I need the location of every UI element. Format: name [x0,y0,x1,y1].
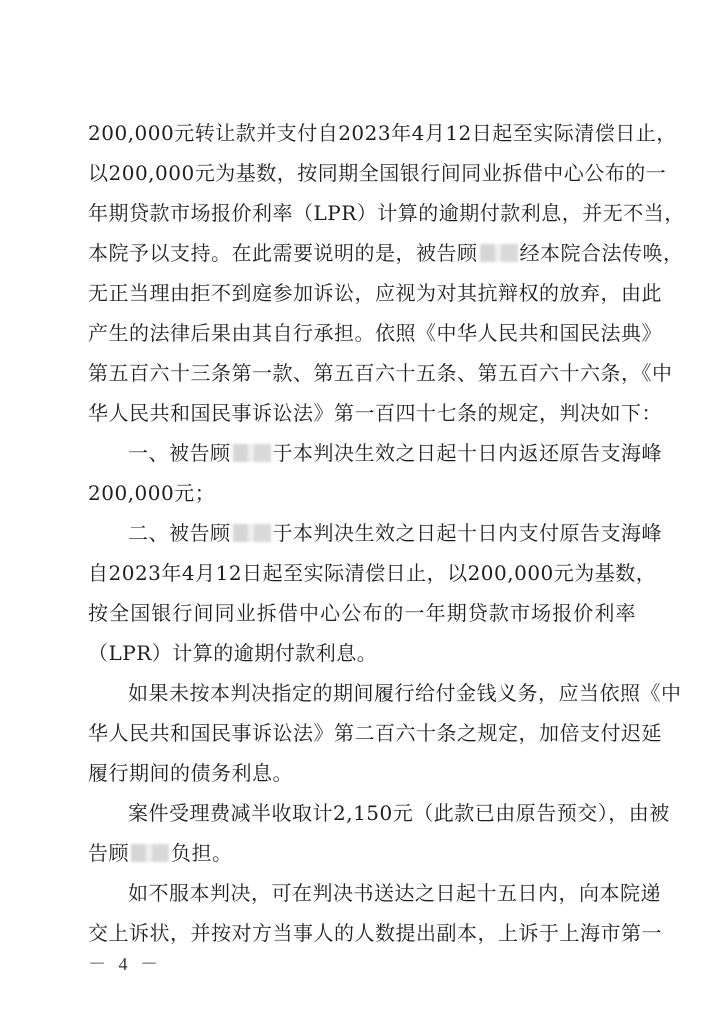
text: 一、被告顾 [128,441,231,465]
text-line: 按全国银行间同业拆借中心公布的一年期贷款市场报价利率 [88,593,636,633]
text: 无正当理由拒不到庭参加诉讼，应视为对其抗辩权的放弃，由此 [88,281,662,305]
text: 如果未按本判决指定的期间履行给付金钱义务，应当依照《中 [128,681,682,705]
text-line: 一、被告顾于本判决生效之日起十日内返还原告支海峰 [128,433,636,473]
text-line: 本院予以支持。在此需要说明的是，被告顾经本院合法传唤， [88,233,636,273]
text: 华人民共和国民事诉讼法》第二百六十条之规定，加倍支付迟延 [88,721,662,745]
text: 产生的法律后果由其自行承担。依照《中华人民共和国民法典》 [88,321,662,345]
text-line: 如果未按本判决指定的期间履行给付金钱义务，应当依照《中 [128,673,636,713]
text: 200,000元； [88,481,215,505]
redacted-name [233,524,271,542]
text-line: 如不服本判决，可在判决书送达之日起十五日内，向本院递 [128,873,636,913]
text: 如不服本判决，可在判决书送达之日起十五日内，向本院递 [128,881,661,905]
text-line: 交上诉状，并按对方当事人的人数提出副本，上诉于上海市第一 [88,913,636,953]
text: 华人民共和国民事诉讼法》第一百四十七条的规定，判决如下： [88,401,662,425]
redacted-name [480,244,518,262]
text-line: 无正当理由拒不到庭参加诉讼，应视为对其抗辩权的放弃，由此 [88,273,636,313]
text: 履行期间的债务利息。 [88,761,293,785]
text: 经本院合法传唤， [520,241,684,265]
text: 负担。 [171,841,233,865]
text-line: 华人民共和国民事诉讼法》第二百六十条之规定，加倍支付迟延 [88,713,636,753]
text-line: 产生的法律后果由其自行承担。依照《中华人民共和国民法典》 [88,313,636,353]
text: 案件受理费减半收取计2,150元（此款已由原告预交），由被 [128,801,670,825]
text: 年期贷款市场报价利率（LPR）计算的逾期付款利息，并无不当， [88,201,685,225]
text-line: 华人民共和国民事诉讼法》第一百四十七条的规定，判决如下： [88,393,636,433]
text-line: 200,000元转让款并支付自2023年4月12日起至实际清偿日止， [88,113,636,153]
text-line: 二、被告顾于本判决生效之日起十日内支付原告支海峰 [128,513,636,553]
text: 二、被告顾 [128,521,231,545]
text: （LPR）计算的逾期付款利息。 [88,641,377,665]
text-line: 200,000元； [88,473,636,513]
text: 于本判决生效之日起十日内支付原告支海峰 [273,521,663,545]
redacted-name [131,844,169,862]
text: 于本判决生效之日起十日内返还原告支海峰 [273,441,663,465]
text: 第五百六十三条第一款、第五百六十五条、第五百六十六条，《中 [88,361,673,385]
redacted-name [233,444,271,462]
text: 告顾 [88,841,129,865]
text-line: （LPR）计算的逾期付款利息。 [88,633,636,673]
page-number: － 4 － [88,950,162,976]
text: 按全国银行间同业拆借中心公布的一年期贷款市场报价利率 [88,601,636,625]
text-line: 案件受理费减半收取计2,150元（此款已由原告预交），由被 [128,793,636,833]
text: 本院予以支持。在此需要说明的是，被告顾 [88,241,478,265]
text-line: 自2023年4月12日起至实际清偿日止，以200,000元为基数， [88,553,636,593]
text: 自2023年4月12日起至实际清偿日止，以200,000元为基数， [88,561,656,585]
document-page: 200,000元转让款并支付自2023年4月12日起至实际清偿日止， 以200,… [0,0,724,1024]
text: 以200,000元为基数，按同期全国银行间同业拆借中心公布的一 [88,161,666,185]
text-line: 履行期间的债务利息。 [88,753,636,793]
text-line: 以200,000元为基数，按同期全国银行间同业拆借中心公布的一 [88,153,636,193]
text: 200,000元转让款并支付自2023年4月12日起至实际清偿日止， [88,121,677,145]
text-line: 第五百六十三条第一款、第五百六十五条、第五百六十六条，《中 [88,353,636,393]
text-line: 告顾负担。 [88,833,636,873]
text-line: 年期贷款市场报价利率（LPR）计算的逾期付款利息，并无不当， [88,193,636,233]
text: 交上诉状，并按对方当事人的人数提出副本，上诉于上海市第一 [88,921,662,945]
